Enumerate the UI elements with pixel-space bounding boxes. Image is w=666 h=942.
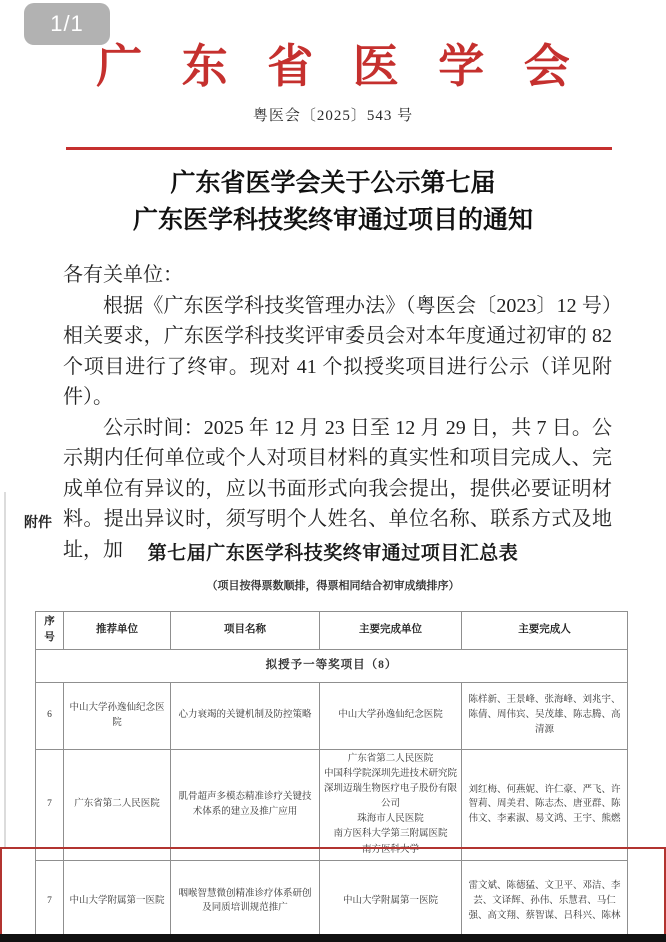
table-header-row: 序号 推荐单位 项目名称 主要完成单位 主要完成人 xyxy=(36,612,628,650)
award-summary-table: 序号 推荐单位 项目名称 主要完成单位 主要完成人 拟授予一等奖项目（8） 6 … xyxy=(35,611,628,942)
cell-recommender: 广东省第二人民医院 xyxy=(64,749,171,860)
cell-no: 7 xyxy=(36,860,64,942)
notice-title-line2: 广东医学科技奖终审通过项目的通知 xyxy=(0,202,666,239)
attachment-table-subtitle: （项目按得票数顺排，得票相同结合初审成绩排序） xyxy=(0,577,666,593)
cell-project: 心力衰竭的关键机制及防控策略 xyxy=(171,682,320,749)
unit-line: 中山大学孙逸仙纪念医院 xyxy=(324,708,457,723)
unit-line: 珠海市人民医院 xyxy=(324,812,457,827)
cell-main-units: 广东省第二人民医院中国科学院深圳先进技术研究院深圳迈瑞生物医疗电子股份有限公司珠… xyxy=(320,749,462,860)
table-row-highlighted: 7 中山大学附属第一医院 咽喉智慧微创精准诊疗体系研创及同质培训规范推广 中山大… xyxy=(36,860,628,942)
attachment-label: 附件 xyxy=(24,512,52,532)
table-row: 7 广东省第二人民医院 肌骨超声多模态精准诊疗关键技术体系的建立及推广应用 广东… xyxy=(36,749,628,860)
attachment-table-title: 第七届广东医学科技奖终审通过项目汇总表 xyxy=(0,538,666,565)
table-row: 6 中山大学孙逸仙纪念医院 心力衰竭的关键机制及防控策略 中山大学孙逸仙纪念医院… xyxy=(36,682,628,749)
column-header-project: 项目名称 xyxy=(171,612,320,650)
document-number: 粤医会〔2025〕543 号 xyxy=(0,104,666,125)
award-tier-label: 拟授予一等奖项目（8） xyxy=(36,649,628,682)
column-header-main-people: 主要完成人 xyxy=(462,612,628,650)
unit-line: 南方医科大学 xyxy=(324,843,457,858)
cell-main-people: 陈样新、王景峰、张海峰、刘兆宇、陈倩、周伟宾、吴茂雄、陈志腾、高清源 xyxy=(462,682,628,749)
cell-no: 7 xyxy=(36,749,64,860)
salutation: 各有关单位： xyxy=(63,260,612,291)
column-header-no: 序号 xyxy=(36,612,64,650)
cell-no: 6 xyxy=(36,682,64,749)
notice-body: 各有关单位： 根据《广东医学科技奖管理办法》（粤医会〔2023〕12 号）相关要… xyxy=(63,260,612,565)
unit-line: 中山大学附属第一医院 xyxy=(324,894,457,909)
document-page: 1/1 广 东 省 医 学 会 粤医会〔2025〕543 号 广东省医学会关于公… xyxy=(0,0,666,942)
body-paragraph: 根据《广东医学科技奖管理办法》（粤医会〔2023〕12 号）相关要求，广东医学科… xyxy=(63,291,612,413)
award-tier-row: 拟授予一等奖项目（8） xyxy=(36,649,628,682)
notice-title-line1: 广东省医学会关于公示第七届 xyxy=(0,165,666,202)
column-header-recommender: 推荐单位 xyxy=(64,612,171,650)
cell-recommender: 中山大学附属第一医院 xyxy=(64,860,171,942)
unit-line: 中国科学院深圳先进技术研究院 xyxy=(324,767,457,782)
cell-main-people: 雷文斌、陈德猛、文卫平、邓洁、李芸、文译辉、孙伟、乐慧君、马仁强、高文翔、蔡智谋… xyxy=(462,860,628,942)
unit-line: 南方医科大学第三附属医院 xyxy=(324,827,457,842)
letterhead-divider xyxy=(66,147,612,150)
unit-line: 广东省第二人民医院 xyxy=(324,752,457,767)
cell-project: 肌骨超声多模态精准诊疗关键技术体系的建立及推广应用 xyxy=(171,749,320,860)
cell-main-units: 中山大学附属第一医院 xyxy=(320,860,462,942)
letterhead-org-name: 广 东 省 医 学 会 xyxy=(0,30,666,96)
notice-title: 广东省医学会关于公示第七届 广东医学科技奖终审通过项目的通知 xyxy=(0,165,666,239)
cell-project: 咽喉智慧微创精准诊疗体系研创及同质培训规范推广 xyxy=(171,860,320,942)
cell-main-people: 刘红梅、何燕妮、许仁豪、严飞、许智莉、周美君、陈志杰、唐亚群、陈伟文、李素淑、易… xyxy=(462,749,628,860)
cell-main-units: 中山大学孙逸仙纪念医院 xyxy=(320,682,462,749)
bottom-edge-strip xyxy=(0,934,666,942)
unit-line: 深圳迈瑞生物医疗电子股份有限公司 xyxy=(324,782,457,812)
column-header-main-units: 主要完成单位 xyxy=(320,612,462,650)
cell-recommender: 中山大学孙逸仙纪念医院 xyxy=(64,682,171,749)
